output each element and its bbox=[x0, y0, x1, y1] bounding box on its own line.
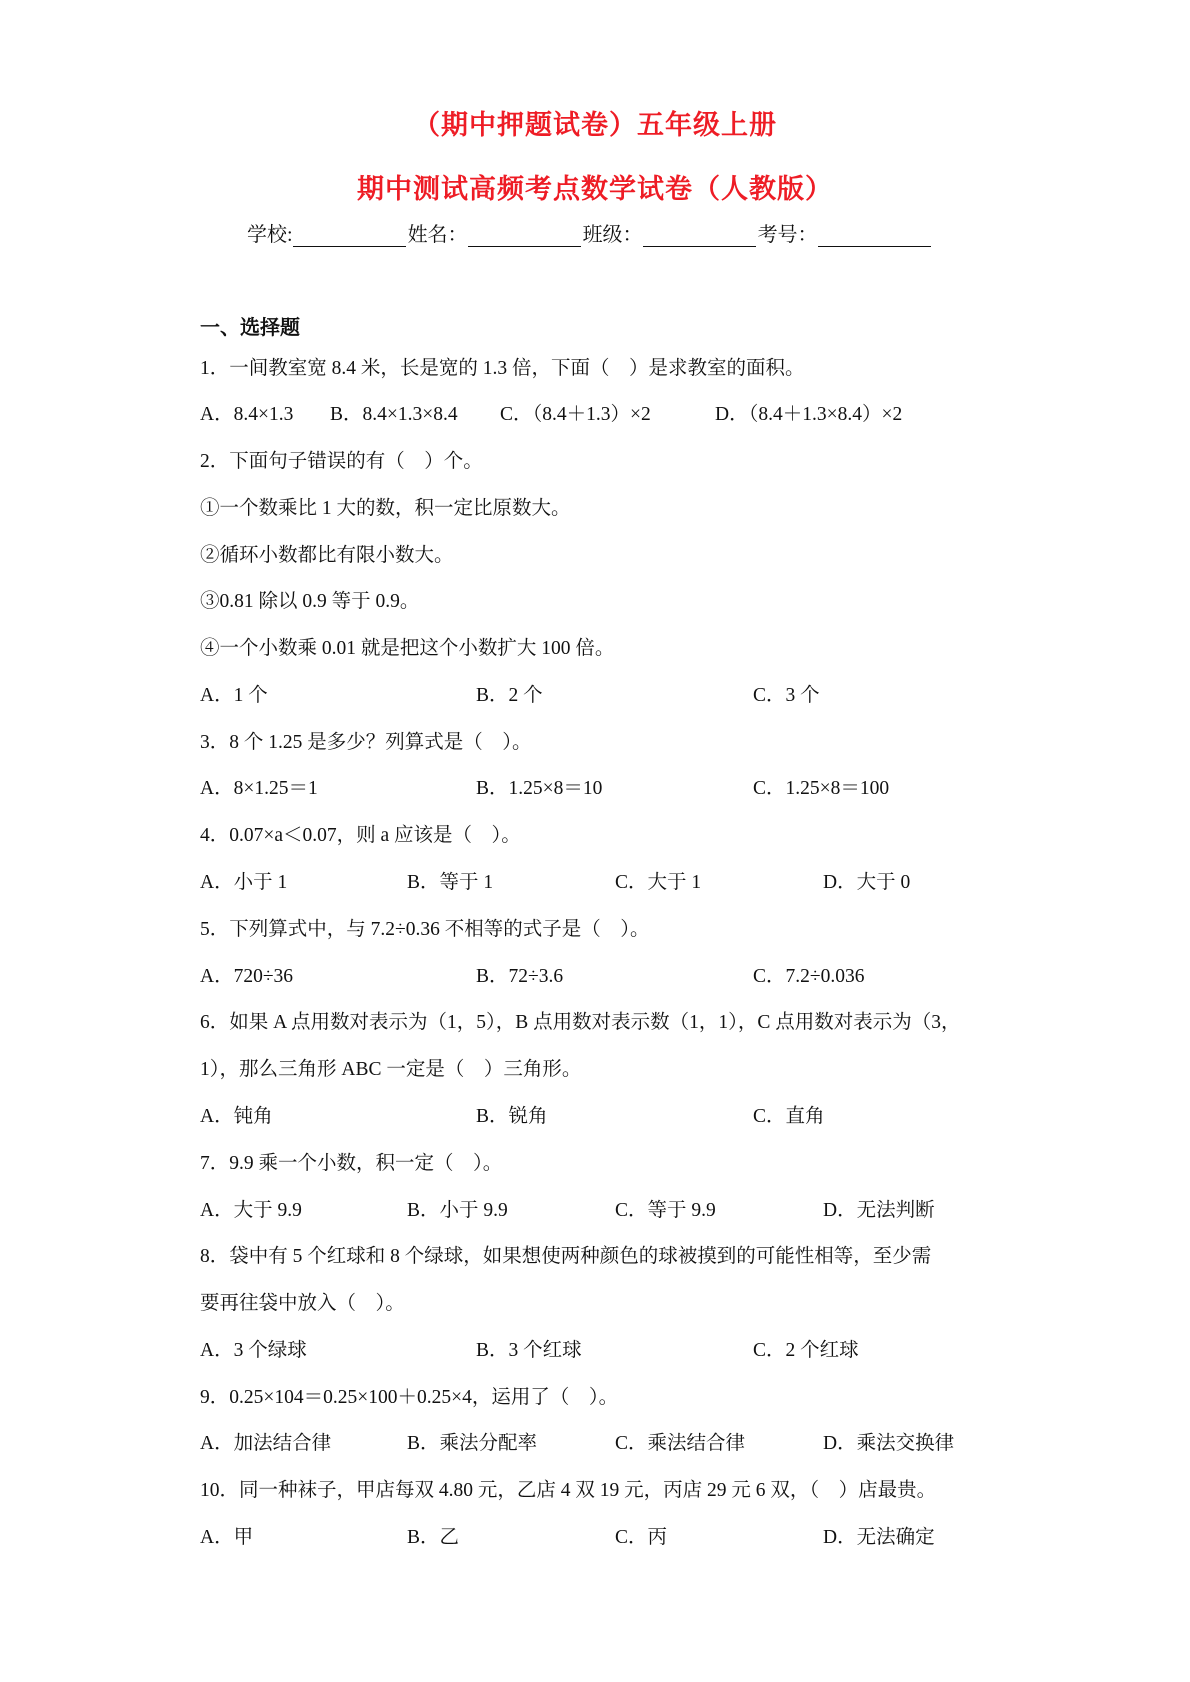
name-blank[interactable] bbox=[468, 226, 581, 247]
q10-option-a: A．甲 bbox=[200, 1521, 253, 1549]
q4-option-d: D．大于 0 bbox=[823, 866, 910, 894]
exam-title-line2: 期中测试高频考点数学试卷（人教版） bbox=[0, 167, 1190, 206]
q10-option-b: B．乙 bbox=[407, 1521, 459, 1549]
q3-option-a: A．8×1.25＝1 bbox=[200, 772, 318, 800]
q8-option-c: C．2 个红球 bbox=[753, 1334, 859, 1362]
question-3: 3．8 个 1.25 是多少？列算式是（ ）。 bbox=[200, 726, 532, 754]
question-2-statement-3: ③0.81 除以 0.9 等于 0.9。 bbox=[200, 585, 419, 613]
question-4-options: A．小于 1 B．等于 1 C．大于 1 D．大于 0 bbox=[200, 866, 1000, 892]
q7-option-a: A．大于 9.9 bbox=[200, 1194, 302, 1222]
q10-option-d: D．无法确定 bbox=[823, 1521, 935, 1549]
question-3-options: A．8×1.25＝1 B．1.25×8＝10 C．1.25×8＝100 bbox=[200, 772, 1000, 798]
q8-option-a: A．3 个绿球 bbox=[200, 1334, 307, 1362]
q1-option-b: B．8.4×1.3×8.4 bbox=[330, 398, 458, 426]
question-8-line2: 要再往袋中放入（ ）。 bbox=[200, 1287, 405, 1315]
question-8-options: A．3 个绿球 B．3 个红球 C．2 个红球 bbox=[200, 1334, 1000, 1360]
question-7-options: A．大于 9.9 B．小于 9.9 C．等于 9.9 D．无法判断 bbox=[200, 1194, 1000, 1220]
exam-number-label: 考号： bbox=[758, 218, 818, 247]
school-label: 学校: bbox=[247, 218, 293, 247]
q8-option-b: B．3 个红球 bbox=[476, 1334, 582, 1362]
question-10: 10．同一种袜子，甲店每双 4.80 元，乙店 4 双 19 元，丙店 29 元… bbox=[200, 1474, 936, 1502]
q5-option-b: B．72÷3.6 bbox=[476, 960, 563, 988]
q4-option-c: C．大于 1 bbox=[615, 866, 701, 894]
question-5-options: A．720÷36 B．72÷3.6 C．7.2÷0.036 bbox=[200, 960, 1000, 986]
q2-option-a: A．1 个 bbox=[200, 679, 268, 707]
question-2: 2．下面句子错误的有（ ）个。 bbox=[200, 445, 483, 473]
question-6-line2: 1），那么三角形 ABC 一定是（ ）三角形。 bbox=[200, 1053, 581, 1081]
question-1: 1．一间教室宽 8.4 米，长是宽的 1.3 倍，下面（ ）是求教室的面积。 bbox=[200, 352, 805, 380]
exam-title-line1: （期中押题试卷）五年级上册 bbox=[0, 103, 1190, 142]
q7-option-b: B．小于 9.9 bbox=[407, 1194, 508, 1222]
question-6-line1: 6．如果 A 点用数对表示为（1，5），B 点用数对表示数（1，1），C 点用数… bbox=[200, 1006, 961, 1034]
q3-option-b: B．1.25×8＝10 bbox=[476, 772, 602, 800]
q9-option-d: D．乘法交换律 bbox=[823, 1427, 954, 1455]
question-2-statement-1: ①一个数乘比 1 大的数，积一定比原数大。 bbox=[200, 492, 571, 520]
class-label: 班级： bbox=[583, 218, 643, 247]
question-2-options: A．1 个 B．2 个 C．3 个 bbox=[200, 679, 1000, 705]
question-10-options: A．甲 B．乙 C．丙 D．无法确定 bbox=[200, 1521, 1000, 1547]
q3-option-c: C．1.25×8＝100 bbox=[753, 772, 889, 800]
question-1-options: A．8.4×1.3 B．8.4×1.3×8.4 C．（8.4＋1.3）×2 D．… bbox=[200, 398, 1000, 424]
q7-option-c: C．等于 9.9 bbox=[615, 1194, 716, 1222]
q9-option-b: B．乘法分配率 bbox=[407, 1427, 537, 1455]
student-info-row: 学校:姓名：班级：考号： bbox=[247, 218, 933, 247]
q10-option-c: C．丙 bbox=[615, 1521, 667, 1549]
school-blank[interactable] bbox=[293, 226, 406, 247]
question-4: 4．0.07×a＜0.07，则 a 应该是（ ）。 bbox=[200, 819, 521, 847]
section-title: 一、选择题 bbox=[200, 311, 300, 340]
question-9-options: A．加法结合律 B．乘法分配率 C．乘法结合律 D．乘法交换律 bbox=[200, 1427, 1000, 1453]
question-6-options: A．钝角 B．锐角 C．直角 bbox=[200, 1100, 1000, 1126]
q9-option-c: C．乘法结合律 bbox=[615, 1427, 745, 1455]
q4-option-b: B．等于 1 bbox=[407, 866, 493, 894]
question-7: 7．9.9 乘一个小数，积一定（ ）。 bbox=[200, 1147, 502, 1175]
question-2-statement-4: ④一个小数乘 0.01 就是把这个小数扩大 100 倍。 bbox=[200, 632, 614, 660]
class-blank[interactable] bbox=[643, 226, 756, 247]
q6-option-a: A．钝角 bbox=[200, 1100, 273, 1128]
question-8-line1: 8．袋中有 5 个红球和 8 个绿球，如果想使两种颜色的球被摸到的可能性相等，至… bbox=[200, 1240, 931, 1268]
q1-option-d: D．（8.4＋1.3×8.4）×2 bbox=[715, 398, 902, 426]
q6-option-b: B．锐角 bbox=[476, 1100, 548, 1128]
question-5: 5．下列算式中，与 7.2÷0.36 不相等的式子是（ ）。 bbox=[200, 913, 649, 941]
question-9: 9．0.25×104＝0.25×100＋0.25×4，运用了（ ）。 bbox=[200, 1381, 618, 1409]
exam-number-blank[interactable] bbox=[818, 226, 931, 247]
q1-option-c: C．（8.4＋1.3）×2 bbox=[500, 398, 651, 426]
q5-option-c: C．7.2÷0.036 bbox=[753, 960, 864, 988]
name-label: 姓名： bbox=[408, 218, 468, 247]
q6-option-c: C．直角 bbox=[753, 1100, 825, 1128]
q2-option-b: B．2 个 bbox=[476, 679, 543, 707]
question-2-statement-2: ②循环小数都比有限小数大。 bbox=[200, 539, 454, 567]
q7-option-d: D．无法判断 bbox=[823, 1194, 935, 1222]
q4-option-a: A．小于 1 bbox=[200, 866, 287, 894]
q2-option-c: C．3 个 bbox=[753, 679, 820, 707]
q5-option-a: A．720÷36 bbox=[200, 960, 293, 988]
q9-option-a: A．加法结合律 bbox=[200, 1427, 331, 1455]
q1-option-a: A．8.4×1.3 bbox=[200, 398, 293, 426]
